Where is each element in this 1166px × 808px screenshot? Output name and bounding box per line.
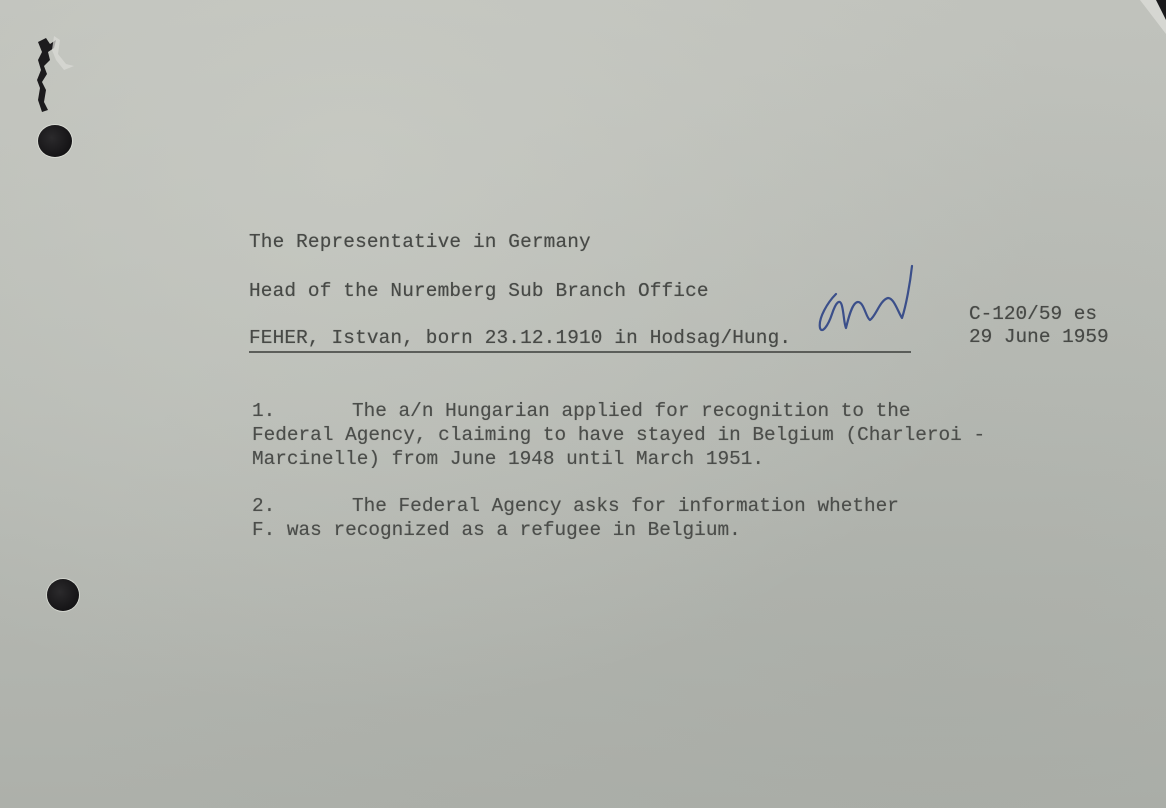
paragraph-number: 1. <box>252 399 352 423</box>
subject-line: FEHER, Istvan, born 23.12.1910 in Hodsag… <box>249 329 791 348</box>
paragraph-line: Marcinelle) from June 1948 until March 1… <box>252 448 764 470</box>
torn-paper-mark-icon <box>30 30 80 120</box>
reference-block: C-120/59 es29 June 1959 <box>969 303 1109 349</box>
recipient-line: The Representative in Germany <box>249 233 591 252</box>
punch-hole-top <box>38 125 72 157</box>
paragraph-line: Federal Agency, claiming to have stayed … <box>252 424 985 446</box>
handwritten-initials-icon <box>806 258 918 338</box>
document-date: 29 June 1959 <box>969 326 1109 349</box>
paragraph-1: 1.The a/n Hungarian applied for recognit… <box>252 399 985 471</box>
paragraph-line: F. was recognized as a refugee in Belgiu… <box>252 519 741 541</box>
subject-underline <box>249 351 911 353</box>
paragraph-line: The a/n Hungarian applied for recognitio… <box>352 400 911 422</box>
file-number: C-120/59 es <box>969 303 1109 326</box>
sender-line: Head of the Nuremberg Sub Branch Office <box>249 282 709 301</box>
paragraph-line: The Federal Agency asks for information … <box>352 495 899 517</box>
document-page: The Representative in Germany Head of th… <box>0 0 1166 808</box>
paragraph-2: 2.The Federal Agency asks for informatio… <box>252 494 899 542</box>
punch-hole-bottom <box>47 579 79 611</box>
folded-corner-icon <box>1136 0 1166 36</box>
paragraph-number: 2. <box>252 494 352 518</box>
